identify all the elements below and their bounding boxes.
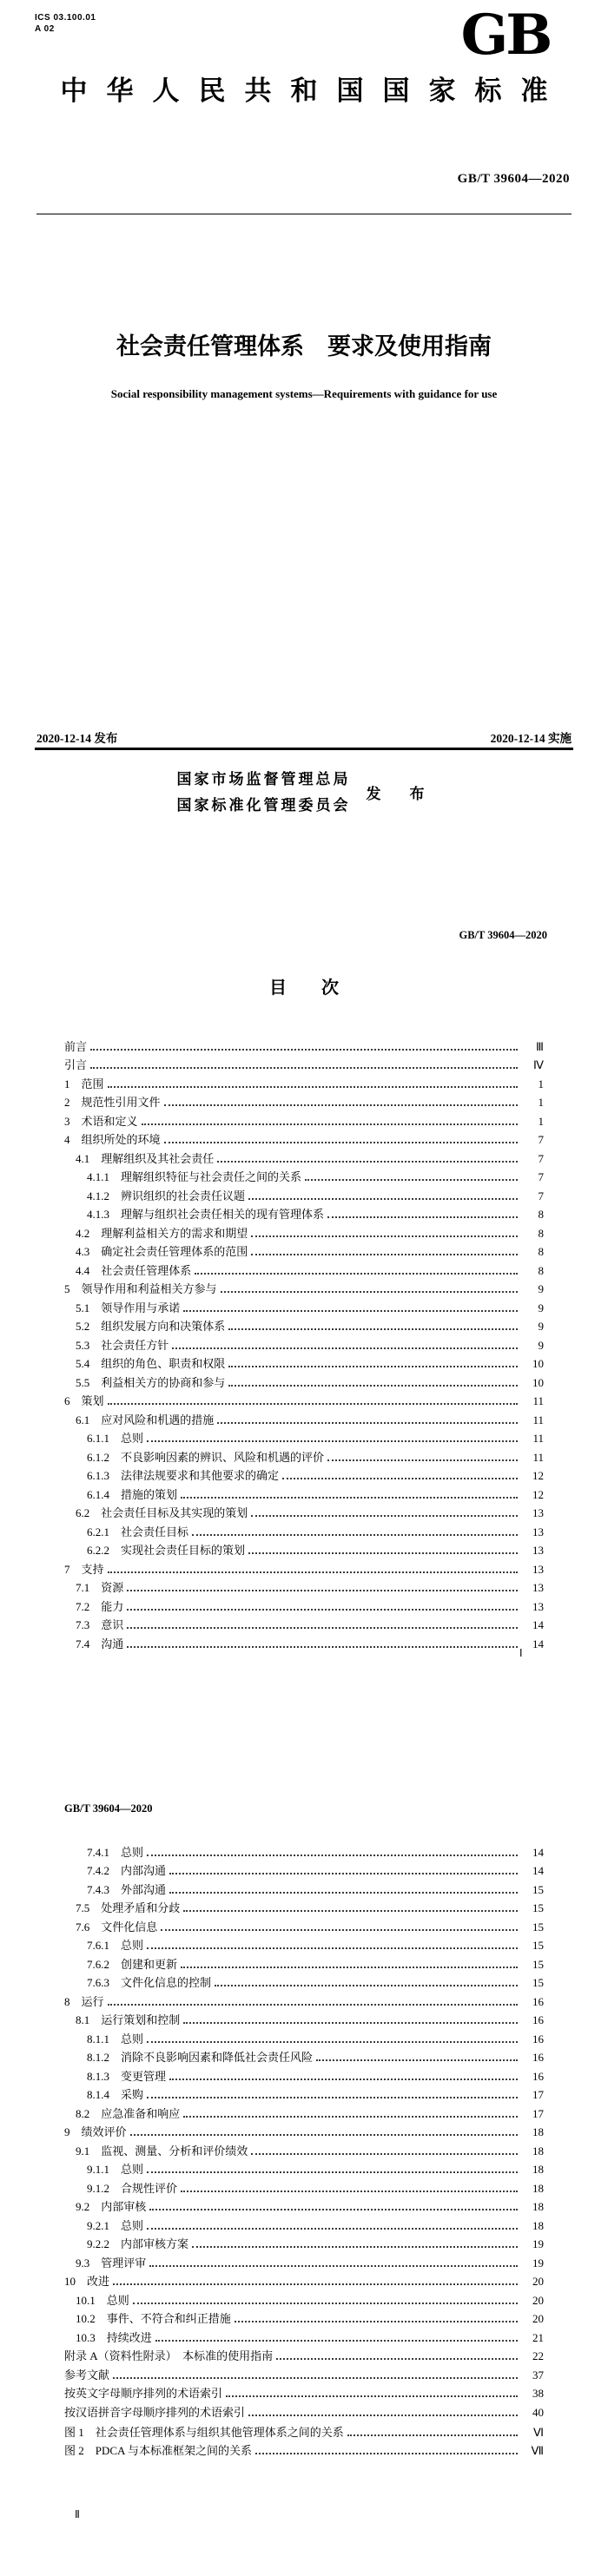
toc-entry-label: 5.2 组织发展方向和决策体系 <box>76 1317 225 1334</box>
dot-leader <box>226 2395 518 2397</box>
toc-figure-entry: 图 2 PDCA 与本标准框架之间的关系 Ⅶ <box>64 2440 544 2459</box>
dot-leader <box>149 2209 518 2210</box>
header-rule <box>36 214 572 214</box>
toc-entry-label: 10 改进 <box>64 2272 109 2289</box>
toc-entry-page: 15 <box>521 1939 544 1953</box>
standard-title-en: Social responsibility management systems… <box>0 387 608 401</box>
toc-entry-label: 9.3 管理评审 <box>76 2254 146 2270</box>
dot-leader <box>147 1947 518 1949</box>
toc-entry: 6.2.1 社会责任目标 13 <box>64 1520 544 1539</box>
dot-leader <box>347 2434 518 2436</box>
running-header: GB/T 39604—2020 <box>64 1802 153 1815</box>
toc-entry-page: 7 <box>521 1170 544 1184</box>
dot-leader <box>195 1273 518 1275</box>
toc-entry-page: 8 <box>521 1227 544 1241</box>
toc-entry-page: 8 <box>521 1208 544 1222</box>
dot-leader <box>133 2303 518 2304</box>
toc-entry-page: 18 <box>521 2144 544 2158</box>
toc-entry: 6.1.2 不良影响因素的辨识、风险和机遇的评价 11 <box>64 1446 544 1465</box>
toc-entry: 1 范围 1 <box>64 1072 544 1091</box>
toc-entry-page: 18 <box>521 2182 544 2196</box>
implement-date: 2020-12-14 实施 <box>491 728 572 746</box>
toc-entry-page: Ⅳ <box>521 1058 544 1072</box>
toc-entry-page: 9 <box>521 1339 544 1353</box>
toc-entry-label: 9 绩效评价 <box>64 2123 127 2139</box>
standard-document-page: ICS 03.100.01 A 02 GB 中华人民共和国国家标准 GB/T 3… <box>0 0 608 2576</box>
toc-entry-page: 18 <box>521 2163 544 2177</box>
toc-entry: 8.1.2 消除不良影响因素和降低社会责任风险 16 <box>64 2046 544 2065</box>
toc-entry: 9.2 内部审核 18 <box>64 2196 544 2215</box>
toc-entry-page: 17 <box>521 2107 544 2121</box>
toc-entry: 8.2 应急准备和响应 17 <box>64 2102 544 2121</box>
toc-entry-page: 10 <box>521 1376 544 1390</box>
toc-entry: 8.1.1 总则 16 <box>64 2027 544 2046</box>
toc-entry-label: 8.2 应急准备和响应 <box>76 2105 180 2121</box>
dot-leader <box>327 1216 518 1218</box>
dot-leader <box>181 1497 518 1499</box>
toc-entry-label: 6.1.1 总则 <box>87 1429 143 1446</box>
toc-entry-label: 按汉语拼音字母顺序排列的术语索引 <box>64 2403 245 2420</box>
toc-entry-label: 图 1 社会责任管理体系与组织其他管理体系之间的关系 <box>64 2423 344 2440</box>
toc-entry-page: 20 <box>521 2294 544 2308</box>
toc-entry-label: 8.1.3 变更管理 <box>87 2067 166 2084</box>
toc-entry-label: 2 规范性引用文件 <box>64 1093 161 1110</box>
dot-leader <box>169 1873 518 1874</box>
toc-list-page2: 7.4.1 总则 14 7.4.2 内部沟通 14 7.4.3 外部沟通 15 <box>64 1841 544 2420</box>
doc-class-code: A 02 <box>35 23 96 35</box>
toc-entry: 7.4.1 总则 14 <box>64 1841 544 1860</box>
toc-entry: 9.1.2 合规性评价 18 <box>64 2177 544 2196</box>
dot-leader <box>127 1590 518 1591</box>
dot-leader <box>108 1403 518 1405</box>
toc-entry: 8.1.4 采购 17 <box>64 2084 544 2103</box>
toc-entry: 8.1.3 变更管理 16 <box>64 2065 544 2084</box>
toc-entry: 6 策划 11 <box>64 1390 544 1409</box>
toc-entry-page: 14 <box>521 1846 544 1860</box>
toc-entry-label: 9.2.1 总则 <box>87 2217 143 2233</box>
toc-entry-page: 19 <box>521 2237 544 2251</box>
toc-entry-label: 6.1.3 法律法规要求和其他要求的确定 <box>87 1466 279 1483</box>
dot-leader <box>113 2377 518 2379</box>
toc-entry-label: 10.2 事件、不符合和纠正措施 <box>76 2309 231 2326</box>
dot-leader <box>147 2041 518 2043</box>
dot-leader <box>192 1534 518 1536</box>
toc-entry-label: 6.1.4 措施的策划 <box>87 1486 177 1502</box>
toc-entry-page: 11 <box>521 1432 544 1446</box>
toc-title: 目 次 <box>0 973 608 998</box>
toc-entry-label: 1 范围 <box>64 1075 104 1091</box>
toc-entry-label: 7.4.2 内部沟通 <box>87 1861 166 1878</box>
dates-row: 2020-12-14 发布 2020-12-14 实施 <box>36 728 572 746</box>
dot-leader <box>255 2453 518 2454</box>
toc-entry: 9.2.1 总则 18 <box>64 2214 544 2233</box>
toc-entry: 9.3 管理评审 19 <box>64 2251 544 2270</box>
toc-entry: 10.3 持续改进 21 <box>64 2326 544 2345</box>
dot-leader <box>169 1892 518 1894</box>
toc-entry: 6.2 社会责任目标及其实现的策划 13 <box>64 1502 544 1521</box>
toc-entry-label: 8 运行 <box>64 1993 104 2009</box>
dot-leader <box>108 1571 518 1573</box>
toc-entry-label: 4.3 确定社会责任管理体系的范围 <box>76 1242 248 1259</box>
toc-entry: 附录 A（资料性附录） 本标准的使用指南 22 <box>64 2345 544 2364</box>
toc-entry-label: 6.1.2 不良影响因素的辨识、风险和机遇的评价 <box>87 1448 324 1465</box>
toc-entry-label: 5.1 领导作用与承诺 <box>76 1299 180 1315</box>
toc-entry-page: 11 <box>521 1413 544 1427</box>
toc-entry: 4.1.1 理解组织特征与社会责任之间的关系 7 <box>64 1166 544 1185</box>
toc-entry-page: 15 <box>521 1920 544 1934</box>
toc-entry-label: 8.1.1 总则 <box>87 2030 143 2046</box>
dot-leader <box>147 2097 518 2098</box>
dot-leader <box>108 1086 518 1088</box>
dot-leader <box>316 2059 518 2061</box>
toc-entry: 7.2 能力 13 <box>64 1595 544 1614</box>
toc-entry-page: 1 <box>521 1077 544 1091</box>
dot-leader <box>192 2246 518 2248</box>
toc-entry-label: 6 策划 <box>64 1392 104 1408</box>
dot-leader <box>217 1161 518 1163</box>
ics-classification: ICS 03.100.01 A 02 <box>35 12 96 35</box>
toc-entry-page: 9 <box>521 1320 544 1334</box>
toc-entry: 5.2 组织发展方向和决策体系 9 <box>64 1315 544 1334</box>
publisher-block: 国家市场监督管理总局 国家标准化管理委员会 发 布 <box>0 767 608 819</box>
toc-entry: 7 支持 13 <box>64 1558 544 1577</box>
dot-leader <box>228 1328 518 1330</box>
toc-entry-label: 6.2.2 实现社会责任目标的策划 <box>87 1541 245 1558</box>
toc-entry: 按英文字母顺序排列的术语索引 38 <box>64 2382 544 2401</box>
dot-leader <box>90 1067 518 1069</box>
toc-entry-label: 7.6 文件化信息 <box>76 1918 157 1934</box>
toc-entry-label: 5.5 利益相关方的协商和参与 <box>76 1374 225 1390</box>
gb-logo-text: GB <box>461 5 551 63</box>
toc-entry-label: 5.3 社会责任方针 <box>76 1336 169 1353</box>
dot-leader <box>127 1609 518 1611</box>
toc-entry-page: 1 <box>521 1115 544 1129</box>
toc-entry-page: 14 <box>521 1637 544 1651</box>
toc-entry-page: 16 <box>521 2032 544 2046</box>
dot-leader <box>108 2004 518 2006</box>
toc-entry-label: 4.4 社会责任管理体系 <box>76 1262 191 1278</box>
toc-entry: 2 规范性引用文件 1 <box>64 1091 544 1110</box>
toc-entry: 参考文献 37 <box>64 2363 544 2382</box>
country-banner: 中华人民共和国国家标准 <box>26 69 582 108</box>
toc-entry: 4.4 社会责任管理体系 8 <box>64 1259 544 1278</box>
dot-leader <box>127 1646 518 1648</box>
toc-entry: 8 运行 16 <box>64 1990 544 2009</box>
toc-entry-page: 7 <box>521 1133 544 1147</box>
dot-leader <box>164 1142 518 1143</box>
toc-entry-label: 7.6.2 创建和更新 <box>87 1955 177 1972</box>
toc-entry-page: 15 <box>521 1901 544 1915</box>
toc-entry: 8.1 运行策划和控制 16 <box>64 2009 544 2028</box>
toc-entry-page: 12 <box>521 1469 544 1483</box>
page-number-roman-2: Ⅱ <box>75 2508 80 2521</box>
dot-leader <box>217 1422 518 1424</box>
toc-entry: 5.4 组织的角色、职责和权限 10 <box>64 1353 544 1372</box>
toc-entry-label: 4 组织所处的环境 <box>64 1130 161 1147</box>
toc-list-page1: 前言 Ⅲ 引言 Ⅳ 1 范围 1 2 规范性引用文件 <box>64 1035 544 1651</box>
dot-leader <box>251 2153 518 2155</box>
toc-entry-label: 4.2 理解利益相关方的需求和期望 <box>76 1224 248 1241</box>
dot-leader <box>161 1929 518 1931</box>
dot-leader <box>172 1347 518 1349</box>
toc-entry: 4.1.3 理解与组织社会责任相关的现有管理体系 8 <box>64 1203 544 1222</box>
dot-leader <box>251 1235 518 1237</box>
toc-entry: 10 改进 20 <box>64 2270 544 2289</box>
toc-entry-page: 9 <box>521 1301 544 1315</box>
dot-leader <box>251 1515 518 1517</box>
dot-leader <box>183 1310 518 1312</box>
toc-entry-label: 9.1.2 合规性评价 <box>87 2179 177 2196</box>
issue-date: 2020-12-14 发布 <box>36 728 117 746</box>
toc-entry-page: 18 <box>521 2125 544 2139</box>
publish-label: 发 布 <box>367 781 432 803</box>
toc-entry-page: 13 <box>521 1581 544 1595</box>
toc-entry-label: 6.1 应对风险和机遇的措施 <box>76 1411 214 1427</box>
toc-entry: 10.1 总则 20 <box>64 2289 544 2308</box>
toc-entry: 4.1 理解组织及其社会责任 7 <box>64 1147 544 1166</box>
toc-entry: 7.6.2 创建和更新 15 <box>64 1953 544 1972</box>
toc-entry-page: 9 <box>521 1282 544 1296</box>
dot-leader <box>155 2340 518 2342</box>
dot-leader <box>183 2022 518 2024</box>
toc-entry-page: 13 <box>521 1544 544 1558</box>
standard-title-cn: 社会责任管理体系 要求及使用指南 <box>0 327 608 361</box>
dot-leader <box>327 1459 518 1461</box>
dot-leader <box>305 1179 518 1181</box>
toc-entry-label: 7.1 资源 <box>76 1578 123 1595</box>
toc-entry-page: 16 <box>521 2013 544 2027</box>
toc-entry: 9.2.2 内部审核方案 19 <box>64 2233 544 2252</box>
toc-entry-page: 8 <box>521 1245 544 1259</box>
toc-entry-page: 18 <box>521 2219 544 2233</box>
dot-leader <box>282 1478 518 1479</box>
toc-entry-page: 19 <box>521 2256 544 2270</box>
dot-leader <box>235 2321 518 2322</box>
toc-entry: 5.3 社会责任方针 9 <box>64 1334 544 1353</box>
toc-entry-page: 13 <box>521 1563 544 1577</box>
toc-entry: 6.1.1 总则 11 <box>64 1427 544 1446</box>
toc-entry-page: 15 <box>521 1976 544 1990</box>
toc-entry: 5.1 领导作用与承诺 9 <box>64 1296 544 1315</box>
toc-entry-label: 参考文献 <box>64 2366 109 2382</box>
toc-entry-label: 7.5 处理矛盾和分歧 <box>76 1899 180 1915</box>
dot-leader <box>142 1123 518 1125</box>
toc-entry: 6.1 应对风险和机遇的措施 11 <box>64 1408 544 1427</box>
toc-entry: 引言 Ⅳ <box>64 1054 544 1073</box>
toc-figure-entry: 图 1 社会责任管理体系与组织其他管理体系之间的关系 Ⅵ <box>64 2421 544 2440</box>
toc-entry-label: 3 术语和定义 <box>64 1112 138 1129</box>
dot-leader <box>147 2228 518 2230</box>
dot-leader <box>248 2415 518 2416</box>
toc-entry-label: 7.4 沟通 <box>76 1635 123 1651</box>
toc-entry-page: Ⅶ <box>521 2444 544 2458</box>
toc-entry-page: 11 <box>521 1394 544 1408</box>
dot-leader <box>181 2191 518 2192</box>
toc-entry-page: 40 <box>521 2406 544 2420</box>
dot-leader <box>147 2171 518 2173</box>
toc-entry: 6.1.4 措施的策划 12 <box>64 1483 544 1502</box>
publisher-line1: 国家市场监督管理总局 <box>177 767 351 793</box>
toc-entry-label: 7.2 能力 <box>76 1598 123 1614</box>
toc-entry-label: 6.2 社会责任目标及其实现的策划 <box>76 1504 248 1520</box>
toc-entry: 7.4.2 内部沟通 14 <box>64 1860 544 1879</box>
toc-entry: 5 领导作用和利益相关方参与 9 <box>64 1278 544 1297</box>
toc-entry-label: 8.1.2 消除不良影响因素和降低社会责任风险 <box>87 2048 313 2065</box>
dot-leader <box>113 2283 518 2285</box>
toc-entry-label: 8.1 运行策划和控制 <box>76 2011 180 2027</box>
standard-number: GB/T 39604—2020 <box>458 172 570 187</box>
toc-entry-label: 4.1.1 理解组织特征与社会责任之间的关系 <box>87 1168 301 1184</box>
toc-entry: 4.2 理解利益相关方的需求和期望 8 <box>64 1222 544 1241</box>
toc-entry-page: 13 <box>521 1525 544 1539</box>
toc-entry-label: 4.1.2 辨识组织的社会责任议题 <box>87 1187 245 1203</box>
toc-entry-label: 9.2 内部审核 <box>76 2197 146 2214</box>
toc-entry-page: 18 <box>521 2200 544 2214</box>
toc-entry: 10.2 事件、不符合和纠正措施 20 <box>64 2308 544 2327</box>
toc-entry: 7.4.3 外部沟通 15 <box>64 1878 544 1897</box>
toc-entry-label: 7.6.3 文件化信息的控制 <box>87 1973 211 1990</box>
toc-entry-page: Ⅵ <box>521 2426 544 2440</box>
toc-entry: 4 组织所处的环境 7 <box>64 1129 544 1148</box>
toc-entry-label: 7 支持 <box>64 1560 104 1577</box>
toc-entry-label: 7.3 意识 <box>76 1616 123 1632</box>
toc-entry-label: 7.6.1 总则 <box>87 1936 143 1953</box>
toc-entry-label: 7.4.3 外部沟通 <box>87 1881 166 1897</box>
dot-leader <box>228 1385 518 1387</box>
toc-entry-page: 15 <box>521 1883 544 1897</box>
dot-leader <box>251 1254 518 1255</box>
dot-leader <box>181 1967 518 1968</box>
dot-leader <box>90 1049 518 1051</box>
toc-entry-page: 13 <box>521 1506 544 1520</box>
toc-figure-list: 图 1 社会责任管理体系与组织其他管理体系之间的关系 Ⅵ 图 2 PDCA 与本… <box>64 2421 544 2458</box>
page-number-roman-1: Ⅰ <box>519 1647 523 1660</box>
toc-entry-page: 7 <box>521 1189 544 1203</box>
toc-entry-page: 38 <box>521 2387 544 2401</box>
toc-entry-label: 9.1 监视、测量、分析和评价绩效 <box>76 2142 248 2158</box>
toc-entry: 7.5 处理矛盾和分歧 15 <box>64 1897 544 1916</box>
toc-entry-page: 8 <box>521 1264 544 1278</box>
toc-entry-label: 4.1.3 理解与组织社会责任相关的现有管理体系 <box>87 1205 324 1222</box>
toc-entry-page: 14 <box>521 1864 544 1878</box>
dot-leader <box>164 1104 518 1106</box>
dot-leader <box>228 1366 518 1367</box>
gb-logo-icon: GB <box>436 5 575 63</box>
toc-entry-page: 12 <box>521 1488 544 1502</box>
toc-entry: 9.1.1 总则 18 <box>64 2158 544 2177</box>
toc-entry-label: 附录 A（资料性附录） 本标准的使用指南 <box>64 2347 273 2363</box>
dot-leader <box>276 2358 518 2360</box>
toc-entry: 7.6.1 总则 15 <box>64 1934 544 1953</box>
toc-entry-label: 9.1.1 总则 <box>87 2160 143 2177</box>
toc-entry: 5.5 利益相关方的协商和参与 10 <box>64 1371 544 1390</box>
toc-entry-page: 21 <box>521 2331 544 2345</box>
dot-leader <box>248 1552 518 1554</box>
toc-entry-page: 11 <box>521 1451 544 1465</box>
toc-entry-page: 10 <box>521 1357 544 1371</box>
toc-entry-label: 5 领导作用和利益相关方参与 <box>64 1280 217 1296</box>
toc-entry: 6.1.3 法律法规要求和其他要求的确定 12 <box>64 1465 544 1484</box>
dot-leader <box>147 1855 518 1856</box>
dot-leader <box>215 1985 518 1986</box>
publisher-names: 国家市场监督管理总局 国家标准化管理委员会 <box>177 767 351 819</box>
toc-entry-label: 6.2.1 社会责任目标 <box>87 1523 188 1539</box>
toc-entry-page: 17 <box>521 2088 544 2102</box>
toc-entry-page: 7 <box>521 1152 544 1166</box>
toc-entry: 9.1 监视、测量、分析和评价绩效 18 <box>64 2139 544 2158</box>
toc-entry-page: 13 <box>521 1600 544 1614</box>
toc-entry: 按汉语拼音字母顺序排列的术语索引 40 <box>64 2401 544 2420</box>
toc-entry-page: 20 <box>521 2312 544 2326</box>
toc-entry-label: 4.1 理解组织及其社会责任 <box>76 1150 214 1166</box>
toc-entry-page: 15 <box>521 1958 544 1972</box>
toc-entry-label: 8.1.4 采购 <box>87 2085 143 2102</box>
dot-leader <box>248 1198 518 1200</box>
dot-leader <box>147 1440 518 1442</box>
toc-entry: 7.4 沟通 14 <box>64 1632 544 1651</box>
toc-entry-label: 5.4 组织的角色、职责和权限 <box>76 1354 225 1371</box>
toc-entry-label: 引言 <box>64 1056 87 1072</box>
dot-leader <box>183 2116 518 2118</box>
toc-entry: 4.1.2 辨识组织的社会责任议题 7 <box>64 1184 544 1203</box>
ics-code: ICS 03.100.01 <box>35 12 96 23</box>
dot-leader <box>221 1291 518 1293</box>
running-header: GB/T 39604—2020 <box>459 929 547 942</box>
toc-entry-page: 16 <box>521 2070 544 2084</box>
toc-entry: 3 术语和定义 1 <box>64 1110 544 1129</box>
dot-leader <box>127 1627 518 1629</box>
toc-entry-page: 14 <box>521 1618 544 1632</box>
toc-entry-page: 16 <box>521 2051 544 2065</box>
toc-entry: 7.1 资源 13 <box>64 1577 544 1596</box>
toc-entry: 6.2.2 实现社会责任目标的策划 13 <box>64 1539 544 1558</box>
toc-entry-page: 22 <box>521 2349 544 2363</box>
toc-entry-label: 图 2 PDCA 与本标准框架之间的关系 <box>64 2441 252 2458</box>
toc-entry-page: 1 <box>521 1096 544 1110</box>
dot-leader <box>169 2079 518 2080</box>
toc-entry: 7.6.3 文件化信息的控制 15 <box>64 1972 544 1991</box>
toc-entry: 7.3 意识 14 <box>64 1614 544 1633</box>
toc-entry-label: 10.3 持续改进 <box>76 2329 152 2345</box>
toc-entry-label: 9.2.2 内部审核方案 <box>87 2235 188 2251</box>
toc-entry-label: 按英文字母顺序排列的术语索引 <box>64 2384 222 2401</box>
toc-entry-page: 20 <box>521 2275 544 2289</box>
dot-leader <box>130 2134 518 2136</box>
toc-entry: 7.6 文件化信息 15 <box>64 1915 544 1934</box>
footer-rule <box>35 748 573 750</box>
publisher-line2: 国家标准化管理委员会 <box>177 793 351 819</box>
toc-entry-label: 10.1 总则 <box>76 2291 129 2308</box>
toc-entry: 4.3 确定社会责任管理体系的范围 8 <box>64 1241 544 1260</box>
toc-entry-page: Ⅲ <box>521 1040 544 1054</box>
toc-entry-page: 37 <box>521 2368 544 2382</box>
toc-entry-page: 16 <box>521 1995 544 2009</box>
dot-leader <box>183 1910 518 1912</box>
toc-entry: 前言 Ⅲ <box>64 1035 544 1054</box>
toc-entry: 9 绩效评价 18 <box>64 2121 544 2140</box>
toc-entry-label: 前言 <box>64 1038 87 1054</box>
dot-leader <box>149 2265 518 2267</box>
toc-entry-label: 7.4.1 总则 <box>87 1843 143 1860</box>
